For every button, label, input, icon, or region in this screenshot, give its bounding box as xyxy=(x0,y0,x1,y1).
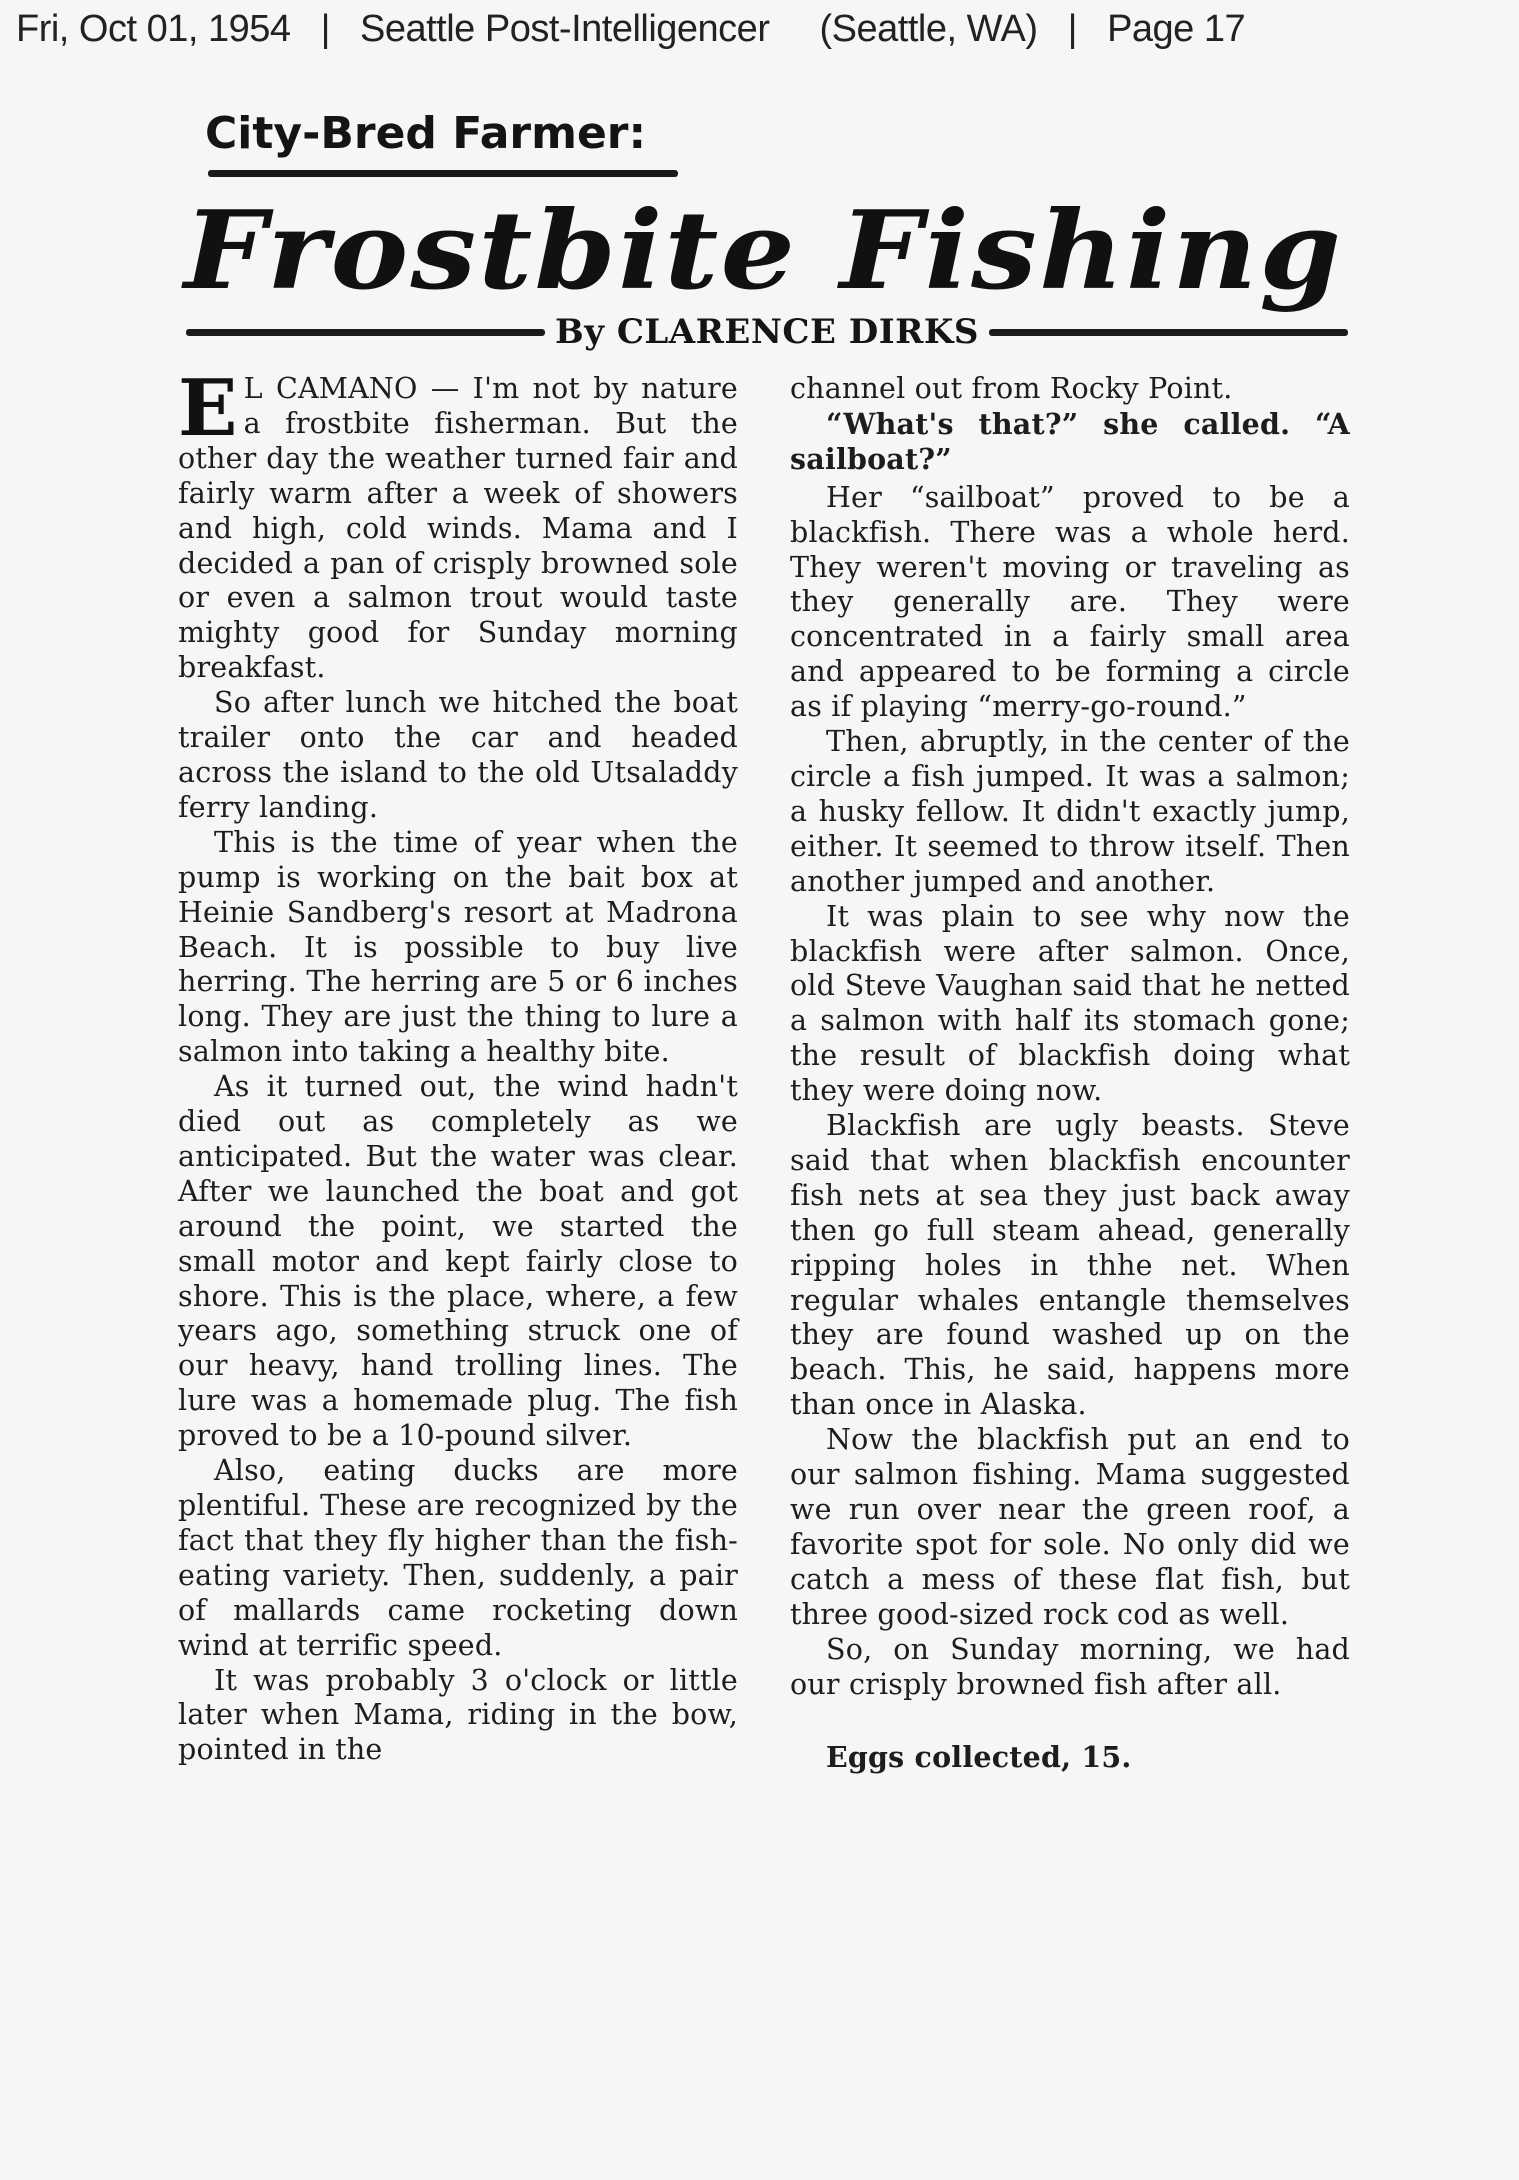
drop-cap: E xyxy=(178,378,238,440)
byline-rule-left xyxy=(186,329,545,336)
paragraph: This is the time of year when the pump i… xyxy=(178,826,738,1070)
paragraph: “What's that?” she called. “A sailboat?” xyxy=(790,407,1350,477)
article-headline: Frostbite Fishing xyxy=(184,188,1343,314)
article-kicker: City-Bred Farmer: xyxy=(205,108,646,159)
article-column-left: EL CAMANO — I'm not by nature a frostbit… xyxy=(178,372,738,1768)
article-column-right: channel out from Rocky Point. “What's th… xyxy=(790,372,1350,1775)
newspaper-clipping: City-Bred Farmer: Frostbite Fishing By C… xyxy=(170,100,1370,2180)
kicker-underline xyxy=(208,170,678,177)
byline-rule-right xyxy=(989,329,1348,336)
paragraph: As it turned out, the wind hadn't died o… xyxy=(178,1070,738,1454)
paragraph: EL CAMANO — I'm not by nature a frostbit… xyxy=(178,372,738,686)
paragraph: It was plain to see why now the blackfis… xyxy=(790,900,1350,1109)
header-separator: | xyxy=(1068,8,1077,51)
page-number: Page 17 xyxy=(1107,8,1245,50)
paragraph: Now the blackfish put an end to our salm… xyxy=(790,1423,1350,1632)
publication-name: Seattle Post-Intelligencer xyxy=(360,8,769,50)
paragraph: Her “sailboat” proved to be a blackfish.… xyxy=(790,481,1350,725)
paragraph: channel out from Rocky Point. xyxy=(790,372,1350,407)
article-signoff: Eggs collected, 15. xyxy=(790,1740,1350,1775)
paragraph: So after lunch we hitched the boat trail… xyxy=(178,686,738,826)
paragraph: Blackfish are ugly beasts. Steve said th… xyxy=(790,1109,1350,1423)
clipping-header: Fri, Oct 01, 1954 | Seattle Post-Intelli… xyxy=(16,8,1519,64)
byline-row: By CLARENCE DIRKS xyxy=(186,312,1348,352)
paragraph: It was probably 3 o'clock or little late… xyxy=(178,1664,738,1769)
paragraph: Also, eating ducks are more plentiful. T… xyxy=(178,1454,738,1663)
paragraph: Then, abruptly, in the center of the cir… xyxy=(790,725,1350,900)
paragraph: So, on Sunday morning, we had our crispl… xyxy=(790,1633,1350,1703)
header-separator: | xyxy=(321,8,330,51)
publication-date: Fri, Oct 01, 1954 xyxy=(16,8,291,50)
article-byline: By CLARENCE DIRKS xyxy=(545,312,989,352)
publication-location: (Seattle, WA) xyxy=(820,8,1038,50)
